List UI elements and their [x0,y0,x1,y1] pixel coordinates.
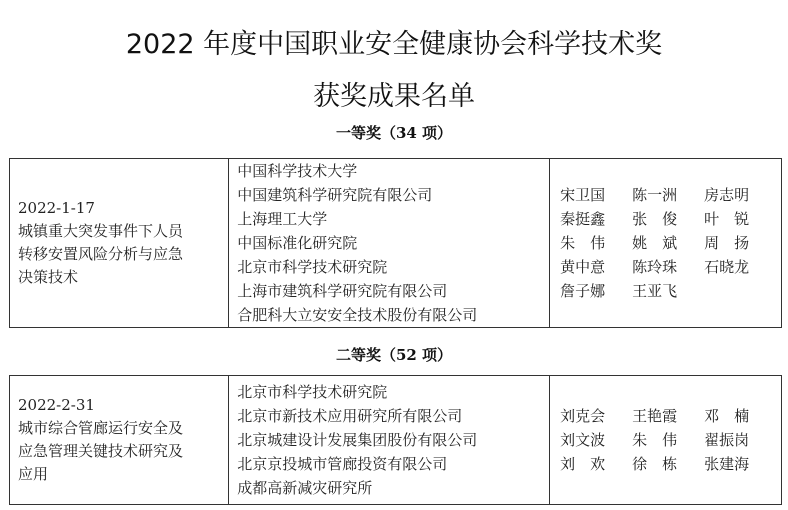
person-name: 刘克会 [560,404,632,428]
person-name: 王艳霞 [632,404,704,428]
person-name: 石晓龙 [704,255,776,279]
person-name: 朱 伟 [632,428,704,452]
project-cell: 2022-1-17 城镇重大突发事件下人员 转移安置风险分析与应急 决策技术 [10,159,229,328]
project-id: 2022-1-17 [18,197,228,220]
person-name: 詹子娜 [560,279,632,303]
person-name: 张 俊 [632,207,704,231]
person-name: 邓 楠 [704,404,776,428]
person-name: 秦挺鑫 [560,207,632,231]
project-title-line: 决策技术 [18,266,228,289]
person-name: 宋卫国 [560,183,632,207]
document-title: 2022 年度中国职业安全健康协会科学技术奖 [0,22,788,61]
person-name: 刘 欢 [560,452,632,476]
people-list: 刘克会 王艳霞 邓 楠 刘文波 朱 伟 翟振岗 刘 欢 徐 栋 张建海 [560,404,781,476]
document-subtitle: 获奖成果名单 [0,74,788,113]
person-name: 张建海 [704,452,776,476]
project-title-line: 应用 [18,463,228,486]
first-prize-table: 2022-1-17 城镇重大突发事件下人员 转移安置风险分析与应急 决策技术 中… [9,158,782,328]
project-cell: 2022-2-31 城市综合管廊运行安全及 应急管理关键技术研究及 应用 [10,376,229,505]
person-name: 黄中意 [560,255,632,279]
person-name: 王亚飞 [632,279,704,303]
section-heading-first-prize: 一等奖（34 项） [0,122,788,143]
table-row: 2022-1-17 城镇重大突发事件下人员 转移安置风险分析与应急 决策技术 中… [10,159,782,328]
project-title-line: 转移安置风险分析与应急 [18,243,228,266]
second-prize-table: 2022-2-31 城市综合管廊运行安全及 应急管理关键技术研究及 应用 北京市… [9,375,782,505]
organization: 北京城建设计发展集团股份有限公司 [237,428,549,452]
project-id: 2022-2-31 [18,394,228,417]
person-name: 叶 锐 [704,207,776,231]
project-title-line: 城镇重大突发事件下人员 [18,220,228,243]
person-name: 房志明 [704,183,776,207]
organizations-cell: 北京市科学技术研究院 北京市新技术应用研究所有限公司 北京城建设计发展集团股份有… [229,376,550,505]
people-cell: 刘克会 王艳霞 邓 楠 刘文波 朱 伟 翟振岗 刘 欢 徐 栋 张建海 [550,376,782,505]
project-title-line: 应急管理关键技术研究及 [18,440,228,463]
organization: 北京市新技术应用研究所有限公司 [237,404,549,428]
table-row: 2022-2-31 城市综合管廊运行安全及 应急管理关键技术研究及 应用 北京市… [10,376,782,505]
organization: 北京市科学技术研究院 [237,380,549,404]
organization: 北京京投城市管廊投资有限公司 [237,452,549,476]
organization: 合肥科大立安安全技术股份有限公司 [237,303,549,327]
organization: 中国科学技术大学 [237,159,549,183]
person-name: 朱 伟 [560,231,632,255]
person-name: 翟振岗 [704,428,776,452]
organizations-cell: 中国科学技术大学 中国建筑科学研究院有限公司 上海理工大学 中国标准化研究院 北… [229,159,550,328]
person-name: 姚 斌 [632,231,704,255]
organization: 中国标准化研究院 [237,231,549,255]
organization: 成都高新减灾研究所 [237,476,549,500]
organization: 上海理工大学 [237,207,549,231]
person-name: 陈玲珠 [632,255,704,279]
people-cell: 宋卫国 陈一洲 房志明 秦挺鑫 张 俊 叶 锐 朱 伟 姚 斌 周 扬 黄中意 … [550,159,782,328]
person-name: 周 扬 [704,231,776,255]
project-title-line: 城市综合管廊运行安全及 [18,417,228,440]
organization: 上海市建筑科学研究院有限公司 [237,279,549,303]
organization: 北京市科学技术研究院 [237,255,549,279]
people-list: 宋卫国 陈一洲 房志明 秦挺鑫 张 俊 叶 锐 朱 伟 姚 斌 周 扬 黄中意 … [560,183,781,303]
section-heading-second-prize: 二等奖（52 项） [0,344,788,365]
person-name: 陈一洲 [632,183,704,207]
person-name: 徐 栋 [632,452,704,476]
organization: 中国建筑科学研究院有限公司 [237,183,549,207]
person-name: 刘文波 [560,428,632,452]
